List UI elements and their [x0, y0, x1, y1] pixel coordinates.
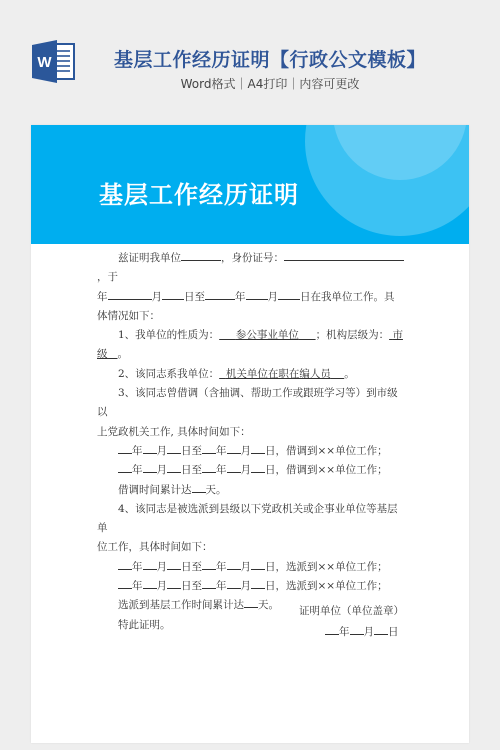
item-4-cont: 位工作，具体时间如下： [97, 538, 405, 557]
page-subtitle: Word格式｜A4打印｜内容可更改 [0, 75, 500, 92]
item-1-cont: 级 。 [97, 345, 405, 364]
item-2: 2、该同志系我单位： 机关单位在职在编人员 。 [97, 365, 405, 384]
signature-block: 证明单位（单位盖章） 年月日 [299, 601, 404, 643]
item-3-cont: 上党政机关工作, 具体时间如下： [97, 423, 405, 442]
item-3-row-1: 年月日至年月日，借调到××单位工作； [97, 442, 405, 461]
page-title: 基层工作经历证明【行政公文模板】 [0, 45, 500, 72]
item-4: 4、该同志是被选派到县级以下党政机关或企事业单位等基层单 [97, 500, 405, 539]
banner: 基层工作经历证明 [31, 125, 469, 244]
signature-date: 年月日 [299, 622, 404, 643]
header: W 基层工作经历证明【行政公文模板】 Word格式｜A4打印｜内容可更改 [0, 0, 500, 110]
banner-title: 基层工作经历证明 [99, 175, 299, 210]
item-3: 3、该同志曾借调（含抽调、帮助工作或跟班学习等）到市级以 [97, 384, 405, 423]
item-4-row-2: 年月日至年月日，选派到××单位工作； [97, 577, 405, 596]
intro-line-1: 兹证明我单位，身份证号：，于 [97, 249, 405, 288]
intro-line-2: 年月日至年月日在我单位工作。具 [97, 288, 405, 307]
document-body: 兹证明我单位，身份证号：，于 年月日至年月日在我单位工作。具 体情况如下： 1、… [97, 249, 405, 635]
item-4-row-1: 年月日至年月日，选派到××单位工作； [97, 558, 405, 577]
item-3-row-2: 年月日至年月日，借调到××单位工作； [97, 461, 405, 480]
item-1: 1、我单位的性质为： 参公事业单位 ；机构层级为： 市 [97, 326, 405, 345]
signature-label: 证明单位（单位盖章） [299, 601, 404, 622]
intro-line-3: 体情况如下： [97, 307, 405, 326]
item-3-total: 借调时间累计达天。 [97, 481, 405, 500]
document-page: 基层工作经历证明 兹证明我单位，身份证号：，于 年月日至年月日在我单位工作。具 … [31, 125, 469, 743]
